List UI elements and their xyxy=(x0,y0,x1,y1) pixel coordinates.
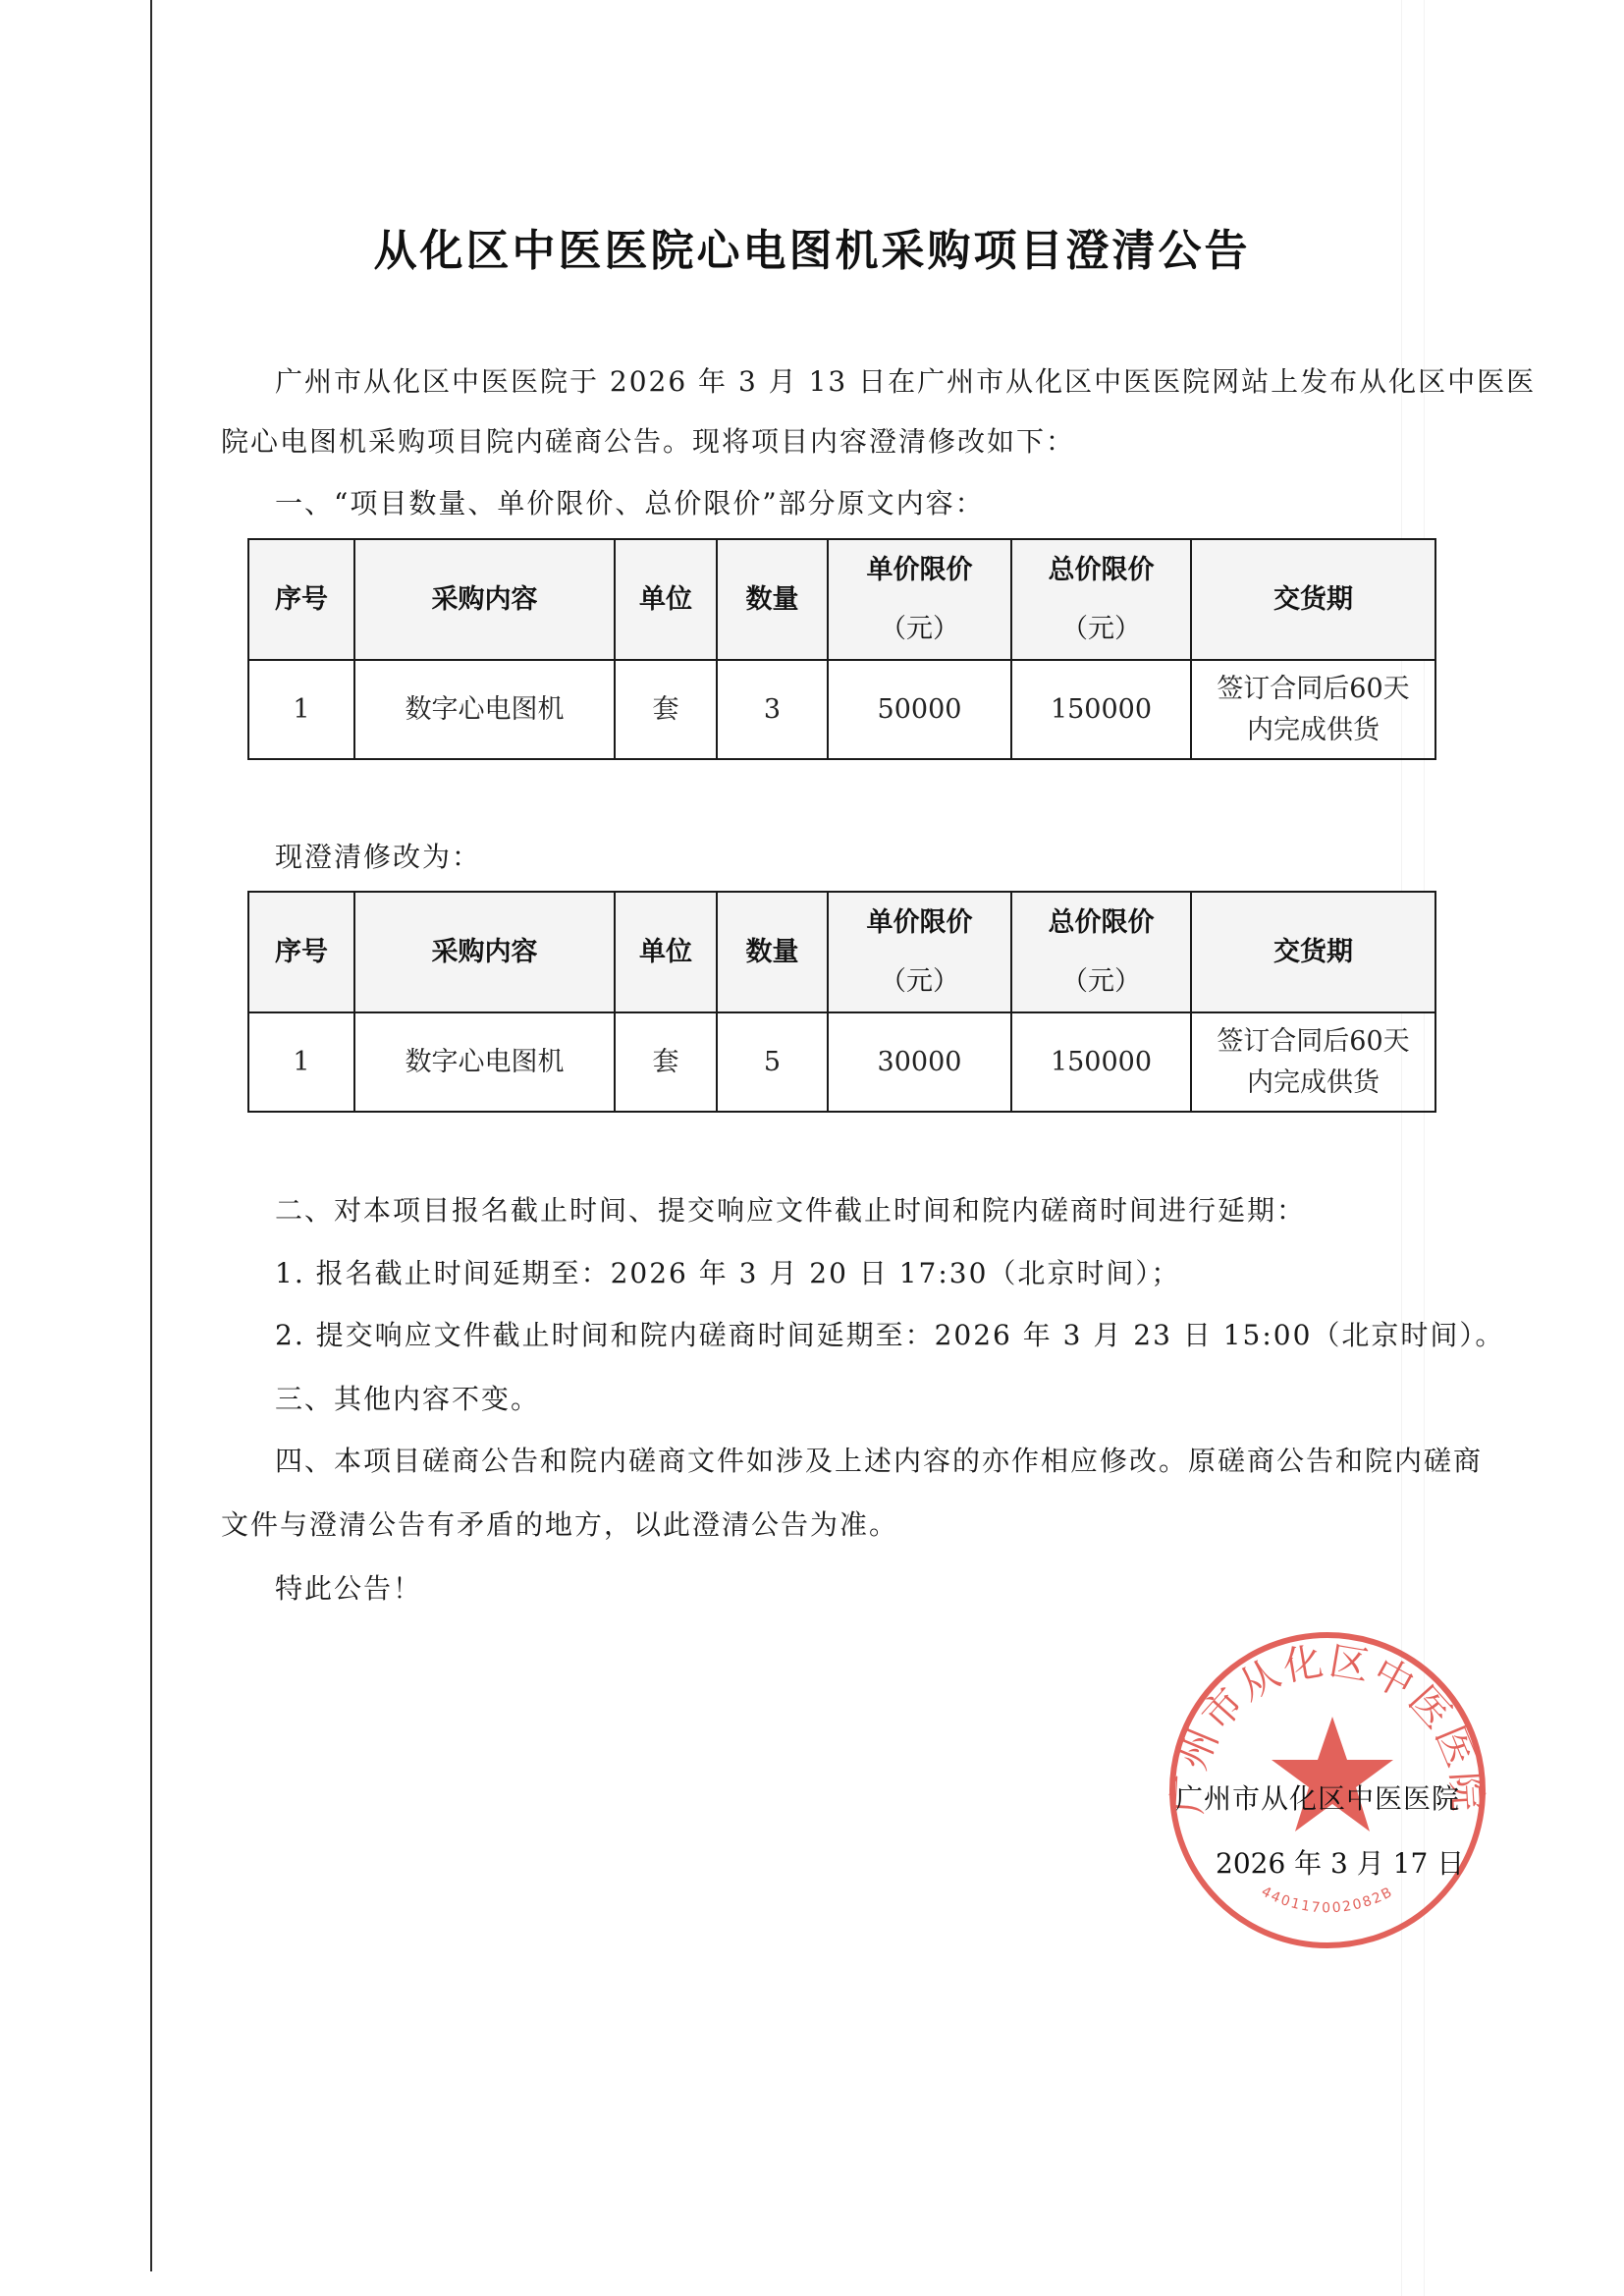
cell-delivery: 签订合同后60天 内完成供货 xyxy=(1191,660,1435,759)
header-currency: （元） xyxy=(829,953,1010,1011)
section4-line-2: 文件与澄清公告有矛盾的地方，以此澄清公告为准。 xyxy=(221,1505,898,1545)
section2-item-1: 1. 报名截止时间延期至：2026 年 3 月 20 日 17:30（北京时间）… xyxy=(275,1254,1180,1293)
header-label: 单价限价 xyxy=(829,541,1010,600)
header-label: 单价限价 xyxy=(829,894,1010,953)
signature-date: 2026 年 3 月 17 日 xyxy=(1216,1844,1464,1884)
cell-unit-price: 50000 xyxy=(828,660,1011,759)
revised-label: 现澄清修改为： xyxy=(275,838,481,877)
cell-total-price: 150000 xyxy=(1011,660,1191,759)
left-margin-line xyxy=(150,0,152,2271)
section4-line-1: 四、本项目磋商公告和院内磋商文件如涉及上述内容的亦作相应修改。原磋商公告和院内磋… xyxy=(275,1442,1483,1481)
intro-line-2: 院心电图机采购项目院内磋商公告。现将项目内容澄清修改如下： xyxy=(221,422,1075,462)
header-cell-delivery: 交货期 xyxy=(1191,892,1435,1012)
cell-unit: 套 xyxy=(615,1012,717,1112)
header-cell-unit: 单位 xyxy=(615,892,717,1012)
table-row: 1 数字心电图机 套 3 50000 150000 签订合同后60天 内完成供货 xyxy=(248,660,1435,759)
cell-item: 数字心电图机 xyxy=(354,1012,615,1112)
header-cell-item: 采购内容 xyxy=(354,539,615,660)
revised-price-table: 序号 采购内容 单位 数量 单价限价 （元） 总价限价 （元） 交货期 1 数字… xyxy=(247,891,1436,1113)
intro-line-1: 广州市从化区中医医院于 2026 年 3 月 13 日在广州市从化区中医医院网站… xyxy=(275,362,1536,402)
signature-organization: 广州市从化区中医医院 xyxy=(1175,1779,1460,1819)
cell-delivery: 签订合同后60天 内完成供货 xyxy=(1191,1012,1435,1112)
header-cell-quantity: 数量 xyxy=(717,539,828,660)
header-currency: （元） xyxy=(1012,600,1190,659)
header-cell-index: 序号 xyxy=(248,892,354,1012)
document-title: 从化区中医医院心电图机采购项目澄清公告 xyxy=(0,222,1624,281)
table-row: 1 数字心电图机 套 5 30000 150000 签订合同后60天 内完成供货 xyxy=(248,1012,1435,1112)
cell-index: 1 xyxy=(248,1012,354,1112)
cell-unit-price: 30000 xyxy=(828,1012,1011,1112)
header-currency: （元） xyxy=(829,600,1010,659)
delivery-line-2: 内完成供货 xyxy=(1192,1063,1435,1104)
header-currency: （元） xyxy=(1012,953,1190,1011)
delivery-line-2: 内完成供货 xyxy=(1192,710,1435,751)
header-cell-item: 采购内容 xyxy=(354,892,615,1012)
header-cell-delivery: 交货期 xyxy=(1191,539,1435,660)
cell-item: 数字心电图机 xyxy=(354,660,615,759)
section1-heading: 一、“项目数量、单价限价、总价限价”部分原文内容： xyxy=(275,484,985,523)
header-cell-quantity: 数量 xyxy=(717,892,828,1012)
delivery-line-1: 签订合同后60天 xyxy=(1192,669,1435,710)
closing-text: 特此公告！ xyxy=(275,1569,422,1609)
section2-heading: 二、对本项目报名截止时间、提交响应文件截止时间和院内磋商时间进行延期： xyxy=(275,1191,1306,1230)
original-price-table: 序号 采购内容 单位 数量 单价限价 （元） 总价限价 （元） 交货期 1 数字… xyxy=(247,538,1436,760)
header-cell-total-price: 总价限价 （元） xyxy=(1011,539,1191,660)
cell-quantity: 3 xyxy=(717,660,828,759)
seal-code: 440117002082B xyxy=(1259,1884,1396,1916)
section3-text: 三、其他内容不变。 xyxy=(275,1380,540,1419)
header-cell-unit-price: 单价限价 （元） xyxy=(828,892,1011,1012)
cell-unit: 套 xyxy=(615,660,717,759)
table-header-row: 序号 采购内容 单位 数量 单价限价 （元） 总价限价 （元） 交货期 xyxy=(248,539,1435,660)
cell-total-price: 150000 xyxy=(1011,1012,1191,1112)
table-header-row: 序号 采购内容 单位 数量 单价限价 （元） 总价限价 （元） 交货期 xyxy=(248,892,1435,1012)
header-cell-unit: 单位 xyxy=(615,539,717,660)
section2-item-2: 2. 提交响应文件截止时间和院内磋商时间延期至：2026 年 3 月 23 日 … xyxy=(275,1316,1504,1355)
header-cell-unit-price: 单价限价 （元） xyxy=(828,539,1011,660)
cell-index: 1 xyxy=(248,660,354,759)
header-cell-index: 序号 xyxy=(248,539,354,660)
header-label: 总价限价 xyxy=(1012,894,1190,953)
delivery-line-1: 签订合同后60天 xyxy=(1192,1021,1435,1063)
header-label: 总价限价 xyxy=(1012,541,1190,600)
cell-quantity: 5 xyxy=(717,1012,828,1112)
header-cell-total-price: 总价限价 （元） xyxy=(1011,892,1191,1012)
